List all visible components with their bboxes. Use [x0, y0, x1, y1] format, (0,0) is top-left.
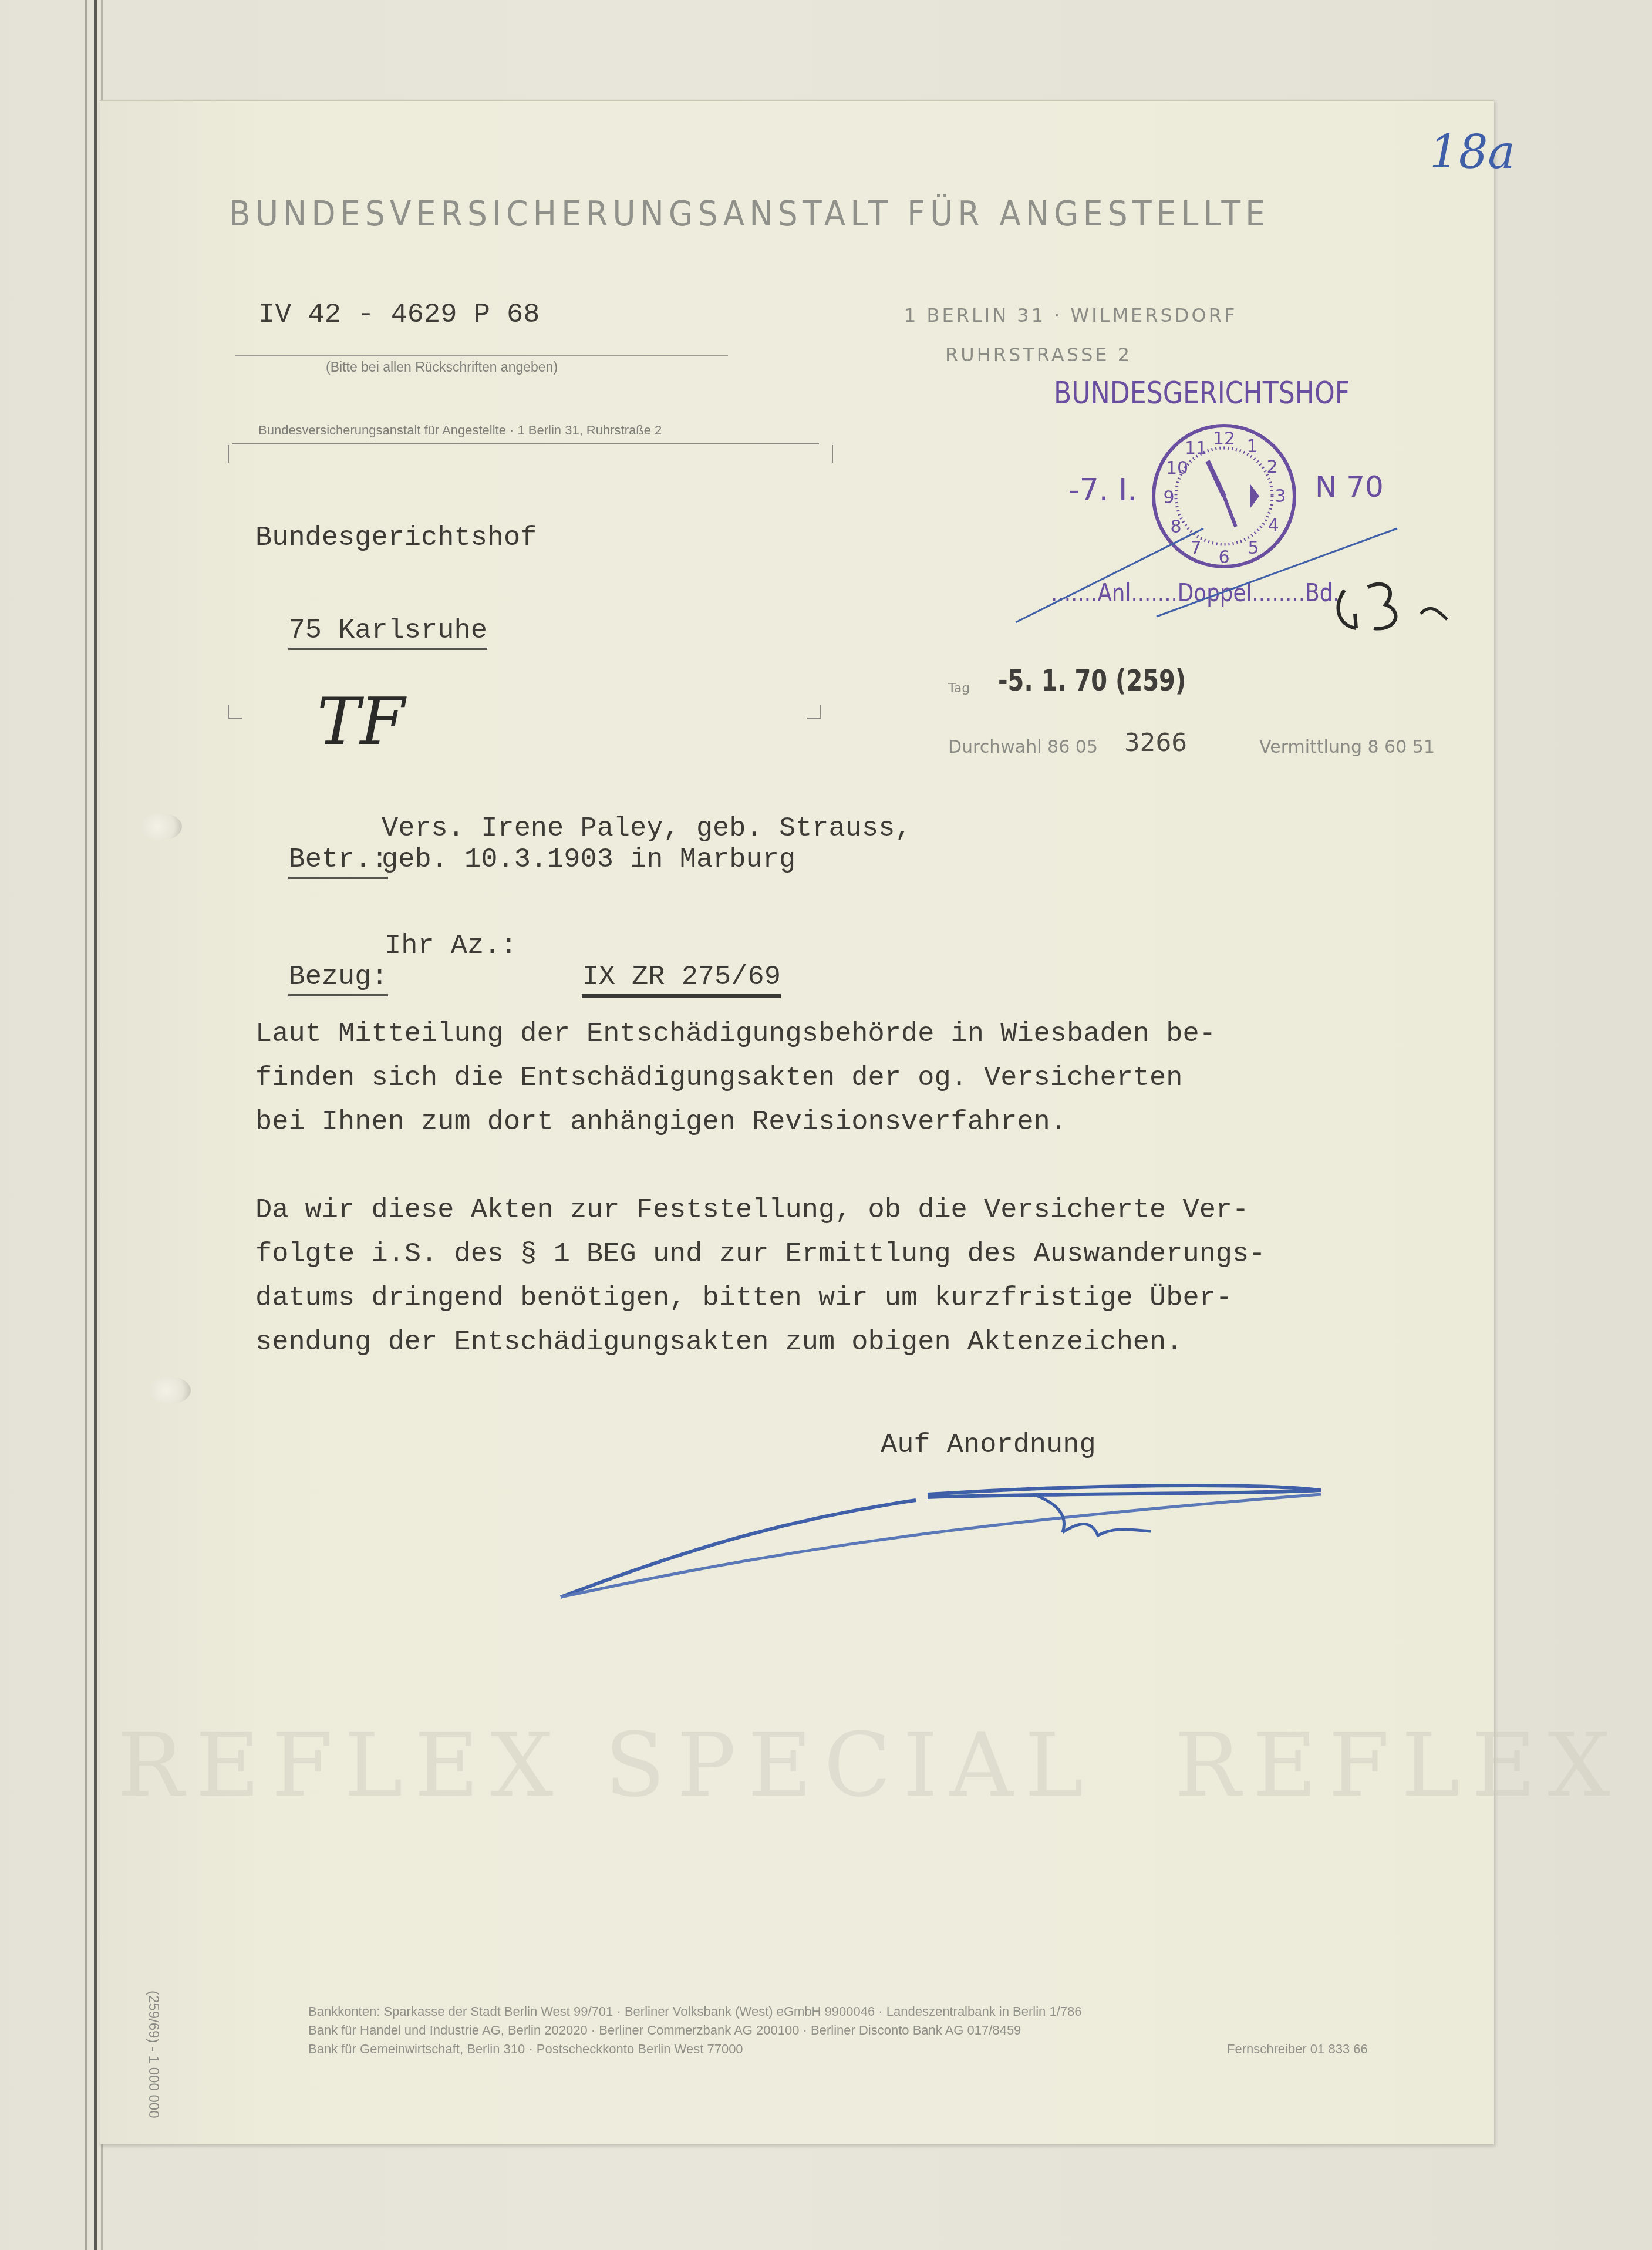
svg-text:9: 9 [1163, 487, 1174, 508]
betr-line-1: Vers. Irene Paley, geb. Strauss, [382, 813, 912, 844]
betr-label: Betr.: [255, 813, 388, 875]
svg-text:2: 2 [1266, 457, 1277, 477]
recipient-city: 75 Karlsruhe [255, 584, 487, 646]
closing-text: Auf Anordnung [881, 1430, 1096, 1461]
sender-return-line: Bundesversicherungsanstalt für Angestell… [258, 423, 662, 438]
punch-hole [141, 813, 182, 840]
bezug-label-text: Bezug: [288, 962, 387, 996]
binder-edge [94, 0, 97, 2250]
address-line-2: RUHRSTRASSE 2 [945, 343, 1132, 366]
bezug-case-number-text: IX ZR 275/69 [582, 962, 780, 998]
svg-text:3: 3 [1275, 486, 1286, 507]
punch-hole [150, 1377, 191, 1404]
tag-label: Tag [948, 681, 970, 696]
window-corner [228, 705, 242, 719]
stamp-date: -7. I. [1068, 473, 1137, 508]
sender-rule [232, 443, 819, 444]
handwritten-initials: TF [317, 684, 405, 759]
betr-line-2: geb. 10.3.1903 in Marburg [382, 844, 795, 875]
body-p1-line-2: finden sich die Entschädigungsakten der … [255, 1063, 1182, 1094]
footer-bank-line-3: Bank für Gemeinwirtschaft, Berlin 310 · … [308, 2040, 743, 2059]
body-p2-line-3: datums dringend benötigen, bitten wir um… [255, 1283, 1232, 1314]
institution-letterhead: BUNDESVERSICHERUNGSANSTALT FÜR ANGESTELL… [229, 194, 1270, 234]
window-corner [228, 445, 242, 463]
body-p2-line-4: sendung der Entschädigungsakten zum obig… [255, 1327, 1182, 1358]
durchwahl-extension: 3266 [1124, 728, 1187, 757]
svg-text:10: 10 [1166, 458, 1188, 479]
footer-fernschreiber: Fernschreiber 01 833 66 [1227, 2040, 1368, 2059]
body-p2-line-2: folgte i.S. des § 1 BEG und zur Ermittlu… [255, 1239, 1265, 1270]
address-line-1: 1 BERLIN 31 · WILMERSDORF [904, 304, 1237, 326]
bezug-case-number: IX ZR 275/69 [549, 931, 781, 993]
reference-number: IV 42 - 4629 P 68 [258, 299, 540, 331]
svg-text:11: 11 [1185, 438, 1207, 459]
footer-bank-line-2: Bank für Handel und Industrie AG, Berlin… [308, 2021, 1021, 2040]
reference-rule [235, 355, 728, 356]
durchwahl-label: Durchwahl 86 05 [948, 737, 1098, 757]
body-p1-line-3: bei Ihnen zum dort anhängigen Revisionsv… [255, 1107, 1067, 1138]
svg-text:1: 1 [1246, 436, 1257, 457]
body-p1-line-1: Laut Mitteilung der Entschädigungsbehörd… [255, 1019, 1216, 1050]
handwritten-mark-icon [1333, 572, 1462, 643]
window-corner [807, 705, 821, 719]
paper-watermark: REFLEX SPECIAL REFLEX SPECIAL [117, 1715, 1652, 1817]
betr-label-text: Betr.: [288, 844, 387, 879]
page-number-handwritten: 18a [1430, 126, 1515, 179]
stamp-time-code: N 70 [1315, 470, 1384, 504]
recipient-city-text: 75 Karlsruhe [288, 615, 487, 650]
court-stamp-name: BUNDESGERICHTSHOF [1054, 376, 1350, 411]
bezug-prefix: Ihr Az.: [385, 931, 517, 962]
vermittlung-number: Vermittlung 8 60 51 [1259, 737, 1435, 757]
footer-bank-line-1: Bankkonten: Sparkasse der Stadt Berlin W… [308, 2002, 1081, 2021]
signature [552, 1480, 1339, 1609]
binder-edge [85, 0, 87, 2250]
window-corner [819, 445, 833, 463]
svg-text:12: 12 [1213, 429, 1235, 449]
tag-date-stamp: -5. 1. 70 (259) [998, 663, 1186, 698]
body-p2-line-1: Da wir diese Akten zur Feststellung, ob … [255, 1195, 1249, 1226]
bezug-label: Bezug: [255, 931, 388, 993]
reference-hint: (Bitte bei allen Rückschriften angeben) [326, 359, 558, 375]
form-code: (259/69) - 1 000 000 [145, 1990, 161, 2118]
recipient-name: Bundesgerichtshof [255, 523, 537, 554]
